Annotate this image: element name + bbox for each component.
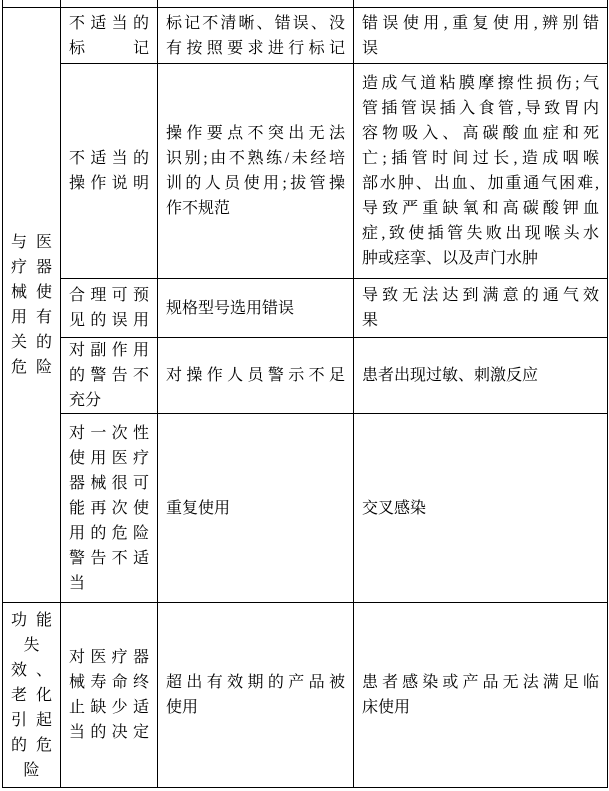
text-line: 床使用 — [362, 695, 599, 720]
text-line: 导致无法达到满意的通气效 — [362, 283, 599, 308]
effect-cell-3: 导致无法达到满意的通气效果 — [354, 279, 608, 338]
text-line: 疗器 — [11, 255, 52, 280]
text-line: 交叉感染 — [362, 496, 599, 521]
text-line: 重复使用 — [166, 496, 345, 521]
text-line: 管插管误插入食管,导致胃内 — [362, 96, 599, 121]
text-line: 患者出现过敏、刺激反应 — [362, 363, 599, 388]
cause-cell-6: 超出有效期的产品被使用 — [158, 603, 354, 788]
text-line: 对副作用 — [69, 338, 149, 363]
text-line: 错误使用,重复使用,辨别错 — [362, 11, 599, 36]
text-line: 用的危险 — [69, 521, 149, 546]
text-line: 容物吸入、高碳酸血症和死 — [362, 121, 599, 146]
text-line: 险 — [11, 758, 52, 783]
text-line: 训的人员使用;拔管操 — [166, 171, 345, 196]
text-line: 亡;插管时间过长,造成咽喉 — [362, 146, 599, 171]
text-line: 症,致使插管失败出现喉头水 — [362, 221, 599, 246]
text-line: 的警告不 — [69, 363, 149, 388]
text-line: 械寿命终 — [69, 670, 149, 695]
text-line: 标记不清晰、错误、没 — [166, 11, 345, 36]
text-line: 对操作人员警示不足 — [166, 363, 345, 388]
table-top-cut-row — [2, 0, 608, 7]
cut-cell — [3, 0, 61, 7]
text-line: 危险 — [11, 355, 52, 380]
effect-cell-6: 患者感染或产品无法满足临床使用 — [354, 603, 608, 788]
text-line: 警告不适 — [69, 546, 149, 571]
text-line: 效、 — [11, 658, 52, 683]
cause-cell-1: 标记不清晰、错误、没有按照要求进行标记 — [158, 8, 354, 64]
text-line: 操作要点不突出无法 — [166, 121, 345, 146]
hazard-type-cell-5: 对一次性使用医疗器械很可能再次使用的危险警告不适当 — [61, 414, 158, 603]
hazard-type-cell-1: 不适当的标记 — [61, 8, 158, 64]
text-line: 导致严重缺氧和高碳酸钾血 — [362, 196, 599, 221]
text-line: 使用 — [166, 695, 345, 720]
hazard-type-cell-2: 不适当的操作说明 — [61, 64, 158, 279]
effect-cell-1: 错误使用,重复使用,辨别错误 — [354, 8, 608, 64]
effect-cell-4: 患者出现过敏、刺激反应 — [354, 338, 608, 414]
hazard-type-cell-4: 对副作用的警告不充分 — [61, 338, 158, 414]
cut-cell — [158, 0, 354, 7]
text-line: 与医 — [11, 230, 52, 255]
text-line: 止缺少适 — [69, 695, 149, 720]
text-line: 操作说明 — [69, 171, 149, 196]
text-line: 的危 — [11, 733, 52, 758]
text-line: 当的决定 — [69, 720, 149, 745]
text-line: 误 — [362, 36, 599, 61]
text-line: 能再次使 — [69, 496, 149, 521]
text-line: 造成气道粘膜摩擦性损伤;气 — [362, 71, 599, 96]
text-line: 作不规范 — [166, 196, 345, 221]
text-line: 使用医疗 — [69, 446, 149, 471]
text-line: 对一次性 — [69, 421, 149, 446]
cut-cell — [354, 0, 608, 7]
text-line: 标记 — [69, 36, 149, 61]
text-line: 关的 — [11, 330, 52, 355]
text-line: 果 — [362, 308, 599, 333]
text-line: 部水肿、出血、加重通气困难, — [362, 171, 599, 196]
text-line: 规格型号选用错误 — [166, 296, 345, 321]
text-line: 功能 — [11, 608, 52, 633]
cause-cell-3: 规格型号选用错误 — [158, 279, 354, 338]
cause-cell-4: 对操作人员警示不足 — [158, 338, 354, 414]
text-line: 识别;由不熟练/未经培 — [166, 146, 345, 171]
text-line: 对医疗器 — [69, 645, 149, 670]
text-line: 患者感染或产品无法满足临 — [362, 670, 599, 695]
text-line: 械使 — [11, 280, 52, 305]
risk-analysis-table: 与医疗器械使用有关的危险 功能失效、老化引起的危险 不适当的标记 标记不清晰、错… — [2, 7, 608, 788]
category-cell-function-failure-aging-hazards: 功能失效、老化引起的危险 — [3, 603, 61, 788]
text-line: 充分 — [69, 388, 149, 413]
text-line: 用有 — [11, 305, 52, 330]
text-line: 超出有效期的产品被 — [166, 670, 345, 695]
hazard-type-cell-3: 合理可预见的误用 — [61, 279, 158, 338]
cut-cell — [61, 0, 158, 7]
effect-cell-5: 交叉感染 — [354, 414, 608, 603]
text-line: 当 — [69, 571, 149, 596]
text-line: 引起 — [11, 708, 52, 733]
category-cell-device-use-hazards: 与医疗器械使用有关的危险 — [3, 8, 61, 603]
text-line: 器械很可 — [69, 471, 149, 496]
text-line: 见的误用 — [69, 308, 149, 333]
hazard-type-cell-6: 对医疗器械寿命终止缺少适当的决定 — [61, 603, 158, 788]
text-line: 合理可预 — [69, 283, 149, 308]
text-line: 肿或痉挛、以及声门水肿 — [362, 246, 599, 271]
text-line: 老化 — [11, 683, 52, 708]
cause-cell-5: 重复使用 — [158, 414, 354, 603]
document-page: 与医疗器械使用有关的危险 功能失效、老化引起的危险 不适当的标记 标记不清晰、错… — [0, 0, 609, 791]
text-line: 失 — [11, 633, 52, 658]
text-line: 不适当的 — [69, 11, 149, 36]
effect-cell-2: 造成气道粘膜摩擦性损伤;气管插管误插入食管,导致胃内容物吸入、高碳酸血症和死亡;… — [354, 64, 608, 279]
cause-cell-2: 操作要点不突出无法识别;由不熟练/未经培训的人员使用;拔管操作不规范 — [158, 64, 354, 279]
text-line: 不适当的 — [69, 146, 149, 171]
text-line: 有按照要求进行标记 — [166, 36, 345, 61]
